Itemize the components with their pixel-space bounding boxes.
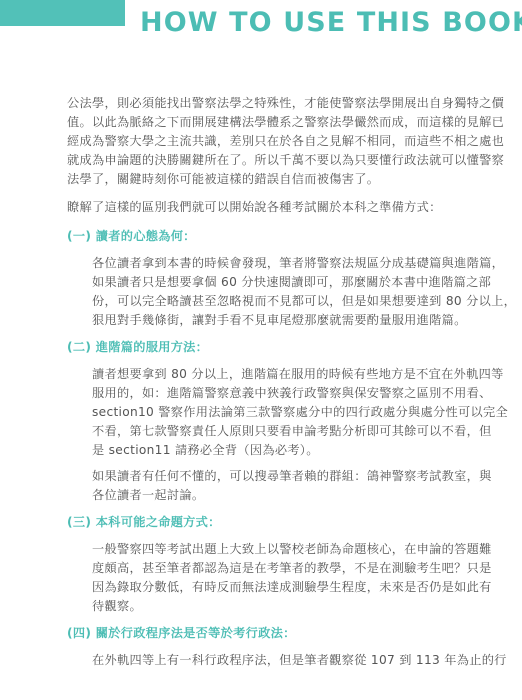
text-line: 就成為申論題的決勝關鍵所在了。所以千萬不要以為只要懂行政法就可以懂警察 bbox=[67, 151, 454, 170]
text-line: 待觀察。 bbox=[92, 597, 454, 616]
section-heading: (三) 本科可能之命題方式： bbox=[67, 513, 454, 532]
text-line: section10 警察作用法論第三款警察處分中的四行政處分與處分性可以完全 bbox=[92, 403, 454, 422]
page-title: HOW TO USE THIS BOOK ？ bbox=[140, 8, 500, 38]
text-line: 各位讀者拿到本書的時候會發現，筆者將警察法規區分成基礎篇與進階篇， bbox=[92, 254, 454, 273]
section-paragraph: 如果讀者有任何不懂的，可以搜尋筆者賴的群組：鴿神警察考試教室，與 各位讀者一起討… bbox=[92, 467, 454, 505]
text-line: 讀者想要拿到 80 分以上，進階篇在服用的時候有些地方是不宜在外軌四等 bbox=[92, 365, 454, 384]
transition-paragraph: 瞭解了這樣的區別我們就可以開始說各種考試關於本科之準備方式： bbox=[67, 198, 454, 217]
text-line: 狠甩對手幾條街，讓對手看不見車尾燈那麼就需要酌量服用進階篇。 bbox=[92, 311, 454, 330]
page-content: 公法學，則必須能找出警察法學之特殊性，才能使警察法學開展出自身獨特之價 值。以此… bbox=[67, 94, 454, 677]
intro-paragraph: 公法學，則必須能找出警察法學之特殊性，才能使警察法學開展出自身獨特之價 值。以此… bbox=[67, 94, 454, 189]
section-advanced-usage: (二) 進階篇的服用方法： 讀者想要拿到 80 分以上，進階篇在服用的時候有些地… bbox=[67, 338, 454, 505]
text-line: 服用的，如：進階篇警察意義中狹義行政警察與保安警察之區別不用看、 bbox=[92, 384, 454, 403]
section-exam-format: (三) 本科可能之命題方式： 一般警察四等考試出題上大致上以警校老師為命題核心，… bbox=[67, 513, 454, 616]
section-heading: (二) 進階篇的服用方法： bbox=[67, 338, 454, 357]
text-line: 經成為警察大學之主流共識，差別只在於各自之見解不相同，而這些不相之處也 bbox=[67, 132, 454, 151]
text-line: 瞭解了這樣的區別我們就可以開始說各種考試關於本科之準備方式： bbox=[67, 198, 454, 217]
section-paragraph: 讀者想要拿到 80 分以上，進階篇在服用的時候有些地方是不宜在外軌四等 服用的，… bbox=[92, 365, 454, 460]
section-reader-mindset: (一) 讀者的心態為何： 各位讀者拿到本書的時候會發現，筆者將警察法規區分成基礎… bbox=[67, 227, 454, 330]
text-line: 在外軌四等上有一科行政程序法，但是筆者觀察從 107 到 113 年為止的行 bbox=[92, 651, 454, 670]
section-paragraph: 各位讀者拿到本書的時候會發現，筆者將警察法規區分成基礎篇與進階篇， 如果讀者只是… bbox=[92, 254, 454, 330]
text-line: 一般警察四等考試出題上大致上以警校老師為命題核心，在申論的答題難 bbox=[92, 540, 454, 559]
text-line: 值。以此為脈絡之下而開展建構法學體系之警察法學儼然而成，而這樣的見解已 bbox=[67, 113, 454, 132]
section-heading: (一) 讀者的心態為何： bbox=[67, 227, 454, 246]
text-line: 不看，第七款警察責任人原則只要看申論考點分析即可其餘可以不看，但 bbox=[92, 422, 454, 441]
section-heading: (四) 關於行政程序法是否等於考行政法： bbox=[67, 624, 454, 643]
text-line: 如果讀者有任何不懂的，可以搜尋筆者賴的群組：鴿神警察考試教室，與 bbox=[92, 467, 454, 486]
text-line: 法學了，關鍵時刻你可能被這樣的錯誤自信而被傷害了。 bbox=[67, 170, 454, 189]
text-line: 份，可以完全略讀甚至忽略視而不見都可以，但是如果想要達到 80 分以上， bbox=[92, 292, 454, 311]
text-line: 各位讀者一起討論。 bbox=[92, 486, 454, 505]
section-paragraph: 在外軌四等上有一科行政程序法，但是筆者觀察從 107 到 113 年為止的行 bbox=[92, 651, 454, 670]
text-line: 是 section11 請務必全背（因為必考）。 bbox=[92, 441, 454, 460]
text-line: 度頗高，甚至筆者都認為這是在考筆者的教學，不是在測驗考生吧？只是 bbox=[92, 559, 454, 578]
text-line: 如果讀者只是想要拿個 60 分快速閱讀即可，那麼關於本書中進階篇之部 bbox=[92, 273, 454, 292]
text-line: 公法學，則必須能找出警察法學之特殊性，才能使警察法學開展出自身獨特之價 bbox=[67, 94, 454, 113]
section-administrative-procedure: (四) 關於行政程序法是否等於考行政法： 在外軌四等上有一科行政程序法，但是筆者… bbox=[67, 624, 454, 670]
section-paragraph: 一般警察四等考試出題上大致上以警校老師為命題核心，在申論的答題難 度頗高，甚至筆… bbox=[92, 540, 454, 616]
header-accent-bar bbox=[0, 0, 125, 26]
text-line: 因為錄取分數低，有時反而無法達成測驗學生程度，未來是否仍是如此有 bbox=[92, 578, 454, 597]
